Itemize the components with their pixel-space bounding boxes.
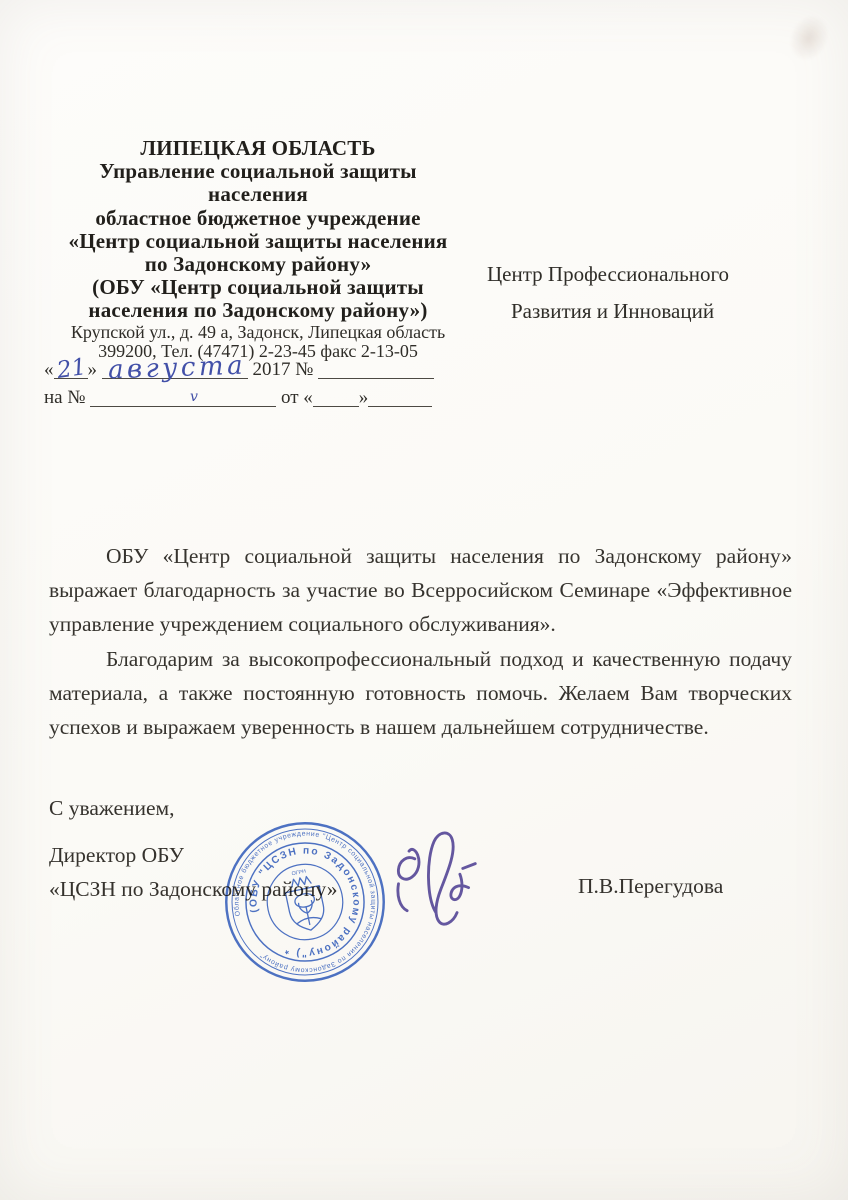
body-p1-line3: управление учреждением социального обслу… <box>49 607 792 641</box>
ref-close-quote: » <box>359 387 369 409</box>
date-year-and-number: 2017 № <box>253 359 314 381</box>
letterhead-department-line: Управление социальной защиты <box>40 160 476 183</box>
scanned-letter-page: ЛИПЕЦКАЯ ОБЛАСТЬ Управление социальной з… <box>0 0 848 1200</box>
closing-regards: С уважением, <box>49 796 175 821</box>
signer-position-line1: Директор ОБУ <box>49 843 184 868</box>
handwritten-signature <box>386 824 482 934</box>
round-stamp: Областное бюджетное учреждение "Центр со… <box>208 805 403 1000</box>
body-p1-line1: ОБУ «Центр социальной защиты населения п… <box>49 539 792 573</box>
letterhead-org-short-1: (ОБУ «Центр социальной защиты <box>40 276 476 299</box>
letterhead-department-line2: населения <box>40 183 476 206</box>
letterhead-org-short-2: населения по Задонскому району») <box>40 299 476 322</box>
stamp-micro-text: ОГРН <box>291 868 307 877</box>
body-p2-line1: Благодарим за высокопрофессиональный под… <box>49 642 792 676</box>
letterhead-institution-type: областное бюджетное учреждение <box>40 207 476 230</box>
date-line: «21» августа 2017 № v <box>44 358 484 381</box>
body-p2-line3: успехов и выражаем уверенность в нашем д… <box>49 710 792 744</box>
body-p2-line2: материала, а также постоянную готовность… <box>49 676 792 710</box>
ref-open-quote: « <box>303 387 313 409</box>
letterhead-region-line: ЛИПЕЦКАЯ ОБЛАСТЬ <box>40 137 476 160</box>
letterhead-address: Крупской ул., д. 49 а, Задонск, Липецкая… <box>40 323 476 342</box>
recipient-line-1: Центр Профессионального <box>487 262 737 286</box>
ref-number-blank <box>90 386 276 407</box>
handwritten-month: августа <box>107 351 246 386</box>
date-close-quote: » <box>88 359 98 381</box>
letterhead-org-name-1: «Центр социальной защиты населения <box>40 230 476 253</box>
outgoing-number-blank <box>318 358 434 379</box>
date-month-field: августа <box>102 358 248 379</box>
ref-ot-label: от <box>281 387 299 409</box>
body-p1-line2: выражает благодарность за участие во Все… <box>49 573 792 607</box>
ref-label: на № <box>44 387 85 409</box>
scan-smudge <box>782 8 837 68</box>
recipient-line-2: Развития и Инноваций <box>487 299 737 323</box>
ref-month-blank <box>368 386 432 407</box>
handwritten-day: 21 <box>55 354 88 384</box>
reference-line: на № от «» <box>44 386 484 409</box>
letterhead-org-name-2: по Задонскому району» <box>40 253 476 276</box>
stamp-coat-of-arms <box>283 874 328 933</box>
signer-name: П.В.Перегудова <box>578 874 723 899</box>
date-day-field: 21 <box>54 358 88 379</box>
date-open-quote: « <box>44 359 54 381</box>
letter-body: ОБУ «Центр социальной защиты населения п… <box>49 539 792 744</box>
recipient-block: Центр Профессионального Развития и Иннов… <box>487 262 737 323</box>
letterhead: ЛИПЕЦКАЯ ОБЛАСТЬ Управление социальной з… <box>40 137 476 361</box>
ref-day-blank <box>313 386 359 407</box>
